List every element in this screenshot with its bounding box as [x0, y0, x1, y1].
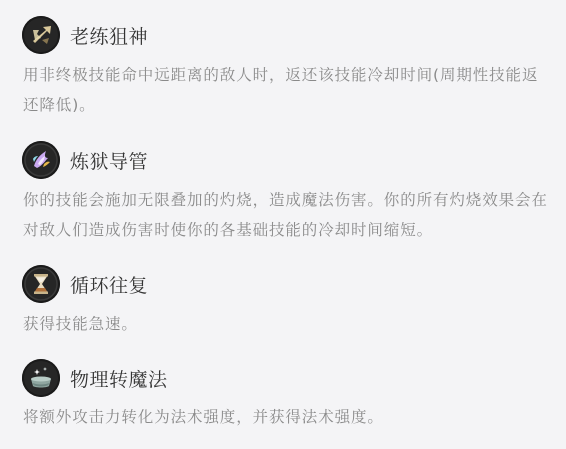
- skill-title: 循环往复: [70, 271, 148, 298]
- skill-description: 将额外攻击力转化为法术强度，并获得法术强度。: [23, 402, 548, 432]
- skill-header: 物理转魔法: [22, 359, 168, 397]
- skill-title: 老练狙神: [70, 22, 148, 49]
- hourglass-icon: [22, 265, 60, 303]
- skill-header: 炼狱导管: [22, 141, 148, 179]
- skill-description: 用非终极技能命中远距离的敌人时，返还该技能冷却时间(周期性技能返还降低)。: [23, 60, 548, 120]
- skill-title: 炼狱导管: [70, 147, 148, 174]
- skill-description: 你的技能会施加无限叠加的灼烧，造成魔法伤害。你的所有灼烧效果会在对敌人们造成伤害…: [23, 185, 548, 245]
- skill-title: 物理转魔法: [70, 365, 168, 392]
- skill-description: 获得技能急速。: [23, 309, 548, 339]
- skill-header: 老练狙神: [22, 16, 148, 54]
- sniper-arrow-icon: [22, 16, 60, 54]
- hellfire-conduit-icon: [22, 141, 60, 179]
- skill-header: 循环往复: [22, 265, 148, 303]
- cauldron-icon: [22, 359, 60, 397]
